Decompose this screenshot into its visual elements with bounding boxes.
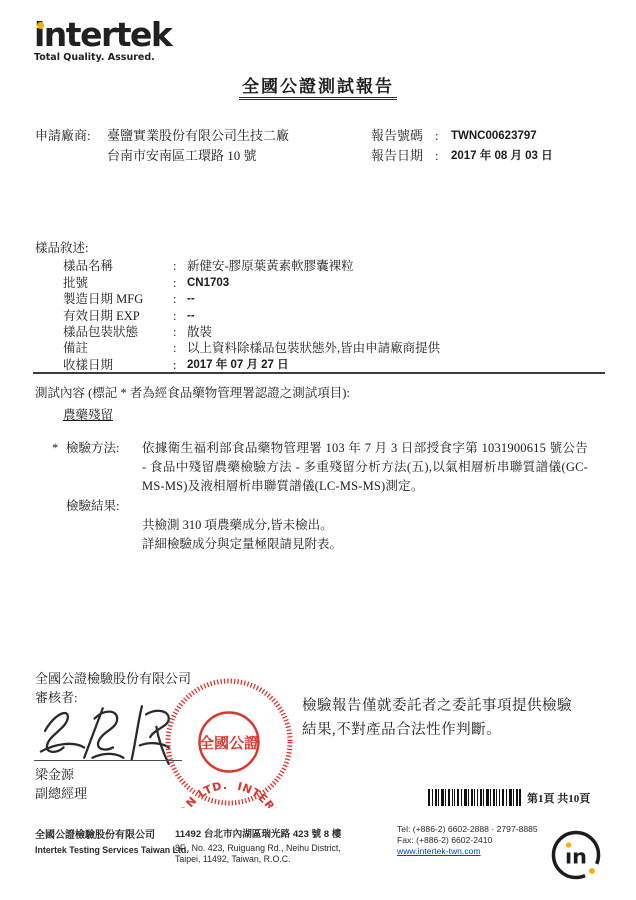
report-number-row: 報告號碼 : TWNC00623797: [371, 126, 605, 146]
footer-address-zh: 11492 台北市內湖區瑞光路 423 號 8 樓: [175, 826, 365, 840]
sample-row-remark: 備註 : 以上資料除樣品包裝狀態外,皆由申請廠商提供: [63, 340, 605, 356]
test-method-row: * 檢驗方法: 依據衛生福利部食品藥物管理署 103 年 7 月 3 日部授食字…: [35, 439, 588, 496]
certified-asterisk: *: [52, 439, 66, 496]
colon: :: [173, 357, 187, 373]
section-divider-line: [33, 372, 605, 374]
sample-row-name: 樣品名稱 : 新健安-膠原葉黃素軟膠囊裸粒: [63, 258, 605, 274]
sample-row-received-date: 收樣日期 : 2017 年 07 月 27 日: [63, 357, 605, 373]
report-date-label: 報告日期: [371, 146, 435, 166]
sample-row-mfg-date: 製造日期 MFG : --: [63, 291, 605, 307]
footer-address: 11492 台北市內湖區瑞光路 423 號 8 樓 8F., No. 423, …: [175, 826, 365, 865]
sample-section-title: 樣品敘述:: [35, 240, 605, 256]
sample-row-batch: 批號 : CN1703: [63, 275, 605, 291]
test-item-pesticide-residue: 農藥殘留: [63, 406, 607, 425]
svg-text:ın: ın: [565, 845, 587, 869]
intertek-logo-text: intertek: [34, 15, 171, 54]
report-info: 申請廠商: 臺鹽實業股份有限公司生技二廠 台南市安南區工環路 10 號 報告號碼…: [35, 126, 605, 166]
footer-contact: Tel: (+886-2) 6602-2888 · 2797-8885 Fax:…: [397, 824, 557, 857]
report-title: 全國公證測試報告: [0, 72, 636, 97]
result-line-1: 共檢測 310 項農藥成分,皆未檢出。: [142, 516, 607, 535]
sample-row-exp-date: 有效日期 EXP : --: [63, 308, 605, 324]
report-date-value: 2017 年 08 月 03 日: [451, 146, 605, 166]
footer: 全國公證檢驗股份有限公司 Intertek Testing Services T…: [35, 824, 605, 894]
result-line-2: 詳細檢驗成分與定量極限請見附表。: [142, 535, 607, 554]
page-number: 第1頁 共10頁: [527, 790, 590, 806]
applicant-name: 臺鹽實業股份有限公司生技二廠: [107, 126, 289, 146]
report-number-label: 報告號碼: [371, 126, 435, 146]
colon: :: [173, 308, 187, 324]
signer-name: 梁金源: [35, 764, 74, 783]
colon: :: [435, 146, 451, 166]
colon: :: [435, 126, 451, 146]
report-number-value: TWNC00623797: [451, 126, 605, 146]
disclaimer-line-1: 檢驗報告僅就委託者之委託事項提供檢驗: [302, 694, 606, 718]
method-text: 依據衛生福利部食品藥物管理署 103 年 7 月 3 日部授食字第 103190…: [142, 439, 588, 496]
disclaimer-text: 檢驗報告僅就委託者之委託事項提供檢驗 結果,不對產品合法性作判斷。: [302, 694, 606, 742]
intertek-logo: intertek Total Quality. Assured.: [34, 18, 171, 63]
colon: :: [173, 258, 187, 274]
footer-fax: Fax: (+886-2) 6602-2410: [397, 835, 557, 846]
footer-website-link[interactable]: www.intertek-twn.com: [397, 846, 481, 856]
signer-title: 副總經理: [35, 783, 87, 802]
signature-line: [34, 760, 182, 761]
result-label: 檢驗結果:: [35, 497, 607, 516]
intertek-in-circle-icon: ın: [550, 829, 602, 881]
sample-row-packaging: 樣品包裝狀態 : 散裝: [63, 324, 605, 340]
colon: :: [173, 275, 187, 291]
method-label: 檢驗方法:: [66, 439, 142, 496]
applicant-value: 臺鹽實業股份有限公司生技二廠 台南市安南區工環路 10 號: [107, 126, 289, 166]
applicant-address: 台南市安南區工環路 10 號: [107, 146, 289, 166]
colon: :: [173, 340, 187, 356]
report-date-row: 報告日期 : 2017 年 08 月 03 日: [371, 146, 605, 166]
sample-description-section: 樣品敘述: 樣品名稱 : 新健安-膠原葉黃素軟膠囊裸粒 批號 : CN1703 …: [35, 240, 605, 373]
report-meta-block: 報告號碼 : TWNC00623797 報告日期 : 2017 年 08 月 0…: [371, 126, 605, 166]
footer-address-en: 8F., No. 423, Ruiguang Rd., Neihu Distri…: [175, 843, 365, 865]
footer-tel: Tel: (+886-2) 6602-2888 · 2797-8885: [397, 824, 557, 835]
test-report-page: intertek Total Quality. Assured. 全國公證測試報…: [0, 0, 636, 900]
applicant-block: 申請廠商: 臺鹽實業股份有限公司生技二廠 台南市安南區工環路 10 號: [35, 126, 371, 166]
disclaimer-line-2: 結果,不對產品合法性作判斷。: [302, 718, 606, 742]
colon: :: [173, 291, 187, 307]
report-barcode: [428, 789, 521, 806]
result-lines: 共檢測 310 項農藥成分,皆未檢出。 詳細檢驗成分與定量極限請見附表。: [35, 516, 607, 554]
stamp-center-text: 全國公證: [199, 734, 259, 752]
company-seal-stamp: INTERTEK TESTING SERVICES TAIWAN LTD. 全國…: [163, 676, 295, 808]
test-heading: 測試內容 (標記 * 者為經食品藥物管理署認證之測試項目):: [35, 384, 607, 403]
test-content-section: 測試內容 (標記 * 者為經食品藥物管理署認證之測試項目): 農藥殘留 * 檢驗…: [35, 384, 607, 554]
intertek-logo-yellow-dot-icon: [37, 22, 44, 29]
colon: :: [173, 324, 187, 340]
applicant-label: 申請廠商:: [35, 126, 107, 166]
